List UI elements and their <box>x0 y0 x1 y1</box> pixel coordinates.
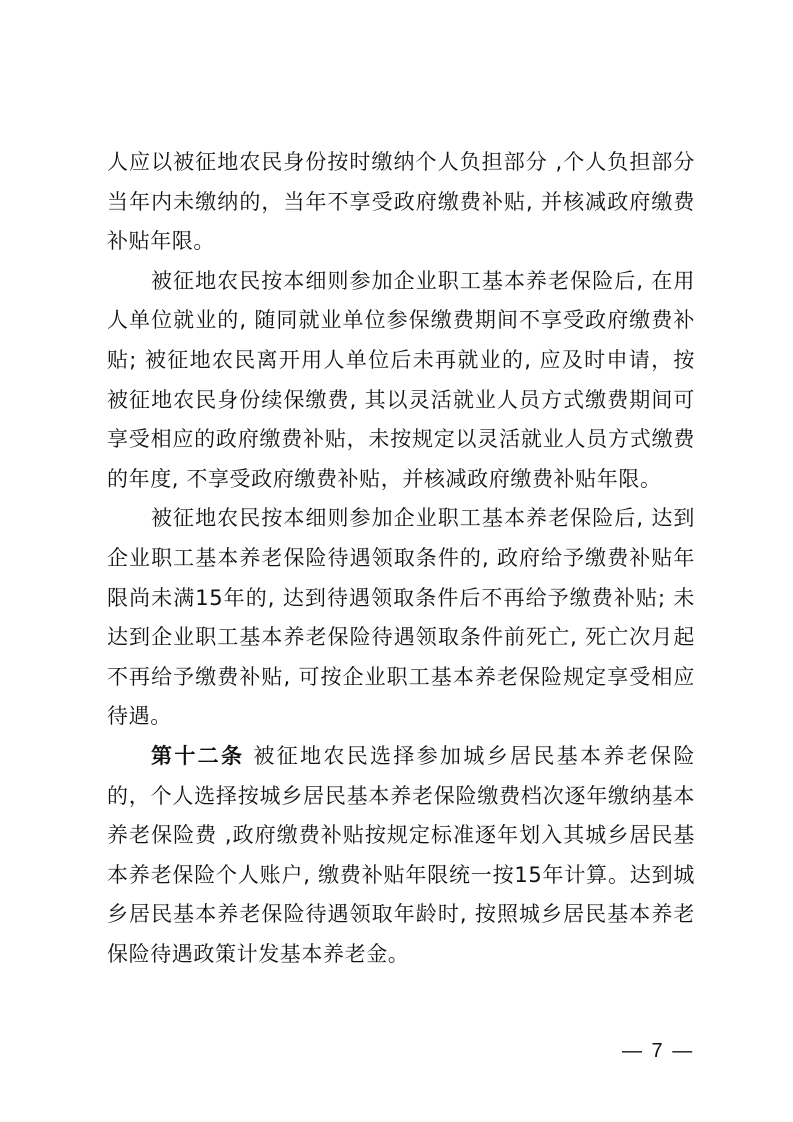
paragraph-enterprise-employment: 被征地农民按本细则参加企业职工基本养老保险后, 在用人单位就业的, 随同就业单位… <box>107 262 695 500</box>
article-text: 被征地农民选择参加城乡居民基本养老保险的，个人选择按城乡居民基本养老保险缴费档次… <box>107 744 695 966</box>
paragraph-pension-eligibility: 被征地农民按本细则参加企业职工基本养老保险后, 达到企业职工基本养老保险待遇领取… <box>107 499 695 737</box>
document-body: 人应以被征地农民身份按时缴纳个人负担部分 ,个人负担部分当年内未缴纳的，当年不享… <box>107 143 695 974</box>
paragraph-continuation: 人应以被征地农民身份按时缴纳个人负担部分 ,个人负担部分当年内未缴纳的，当年不享… <box>107 143 695 262</box>
article-label: 第十二条 <box>151 744 244 768</box>
page-number: — 7 — <box>622 1040 694 1063</box>
paragraph-article-12: 第十二条 被征地农民选择参加城乡居民基本养老保险的，个人选择按城乡居民基本养老保… <box>107 737 695 975</box>
